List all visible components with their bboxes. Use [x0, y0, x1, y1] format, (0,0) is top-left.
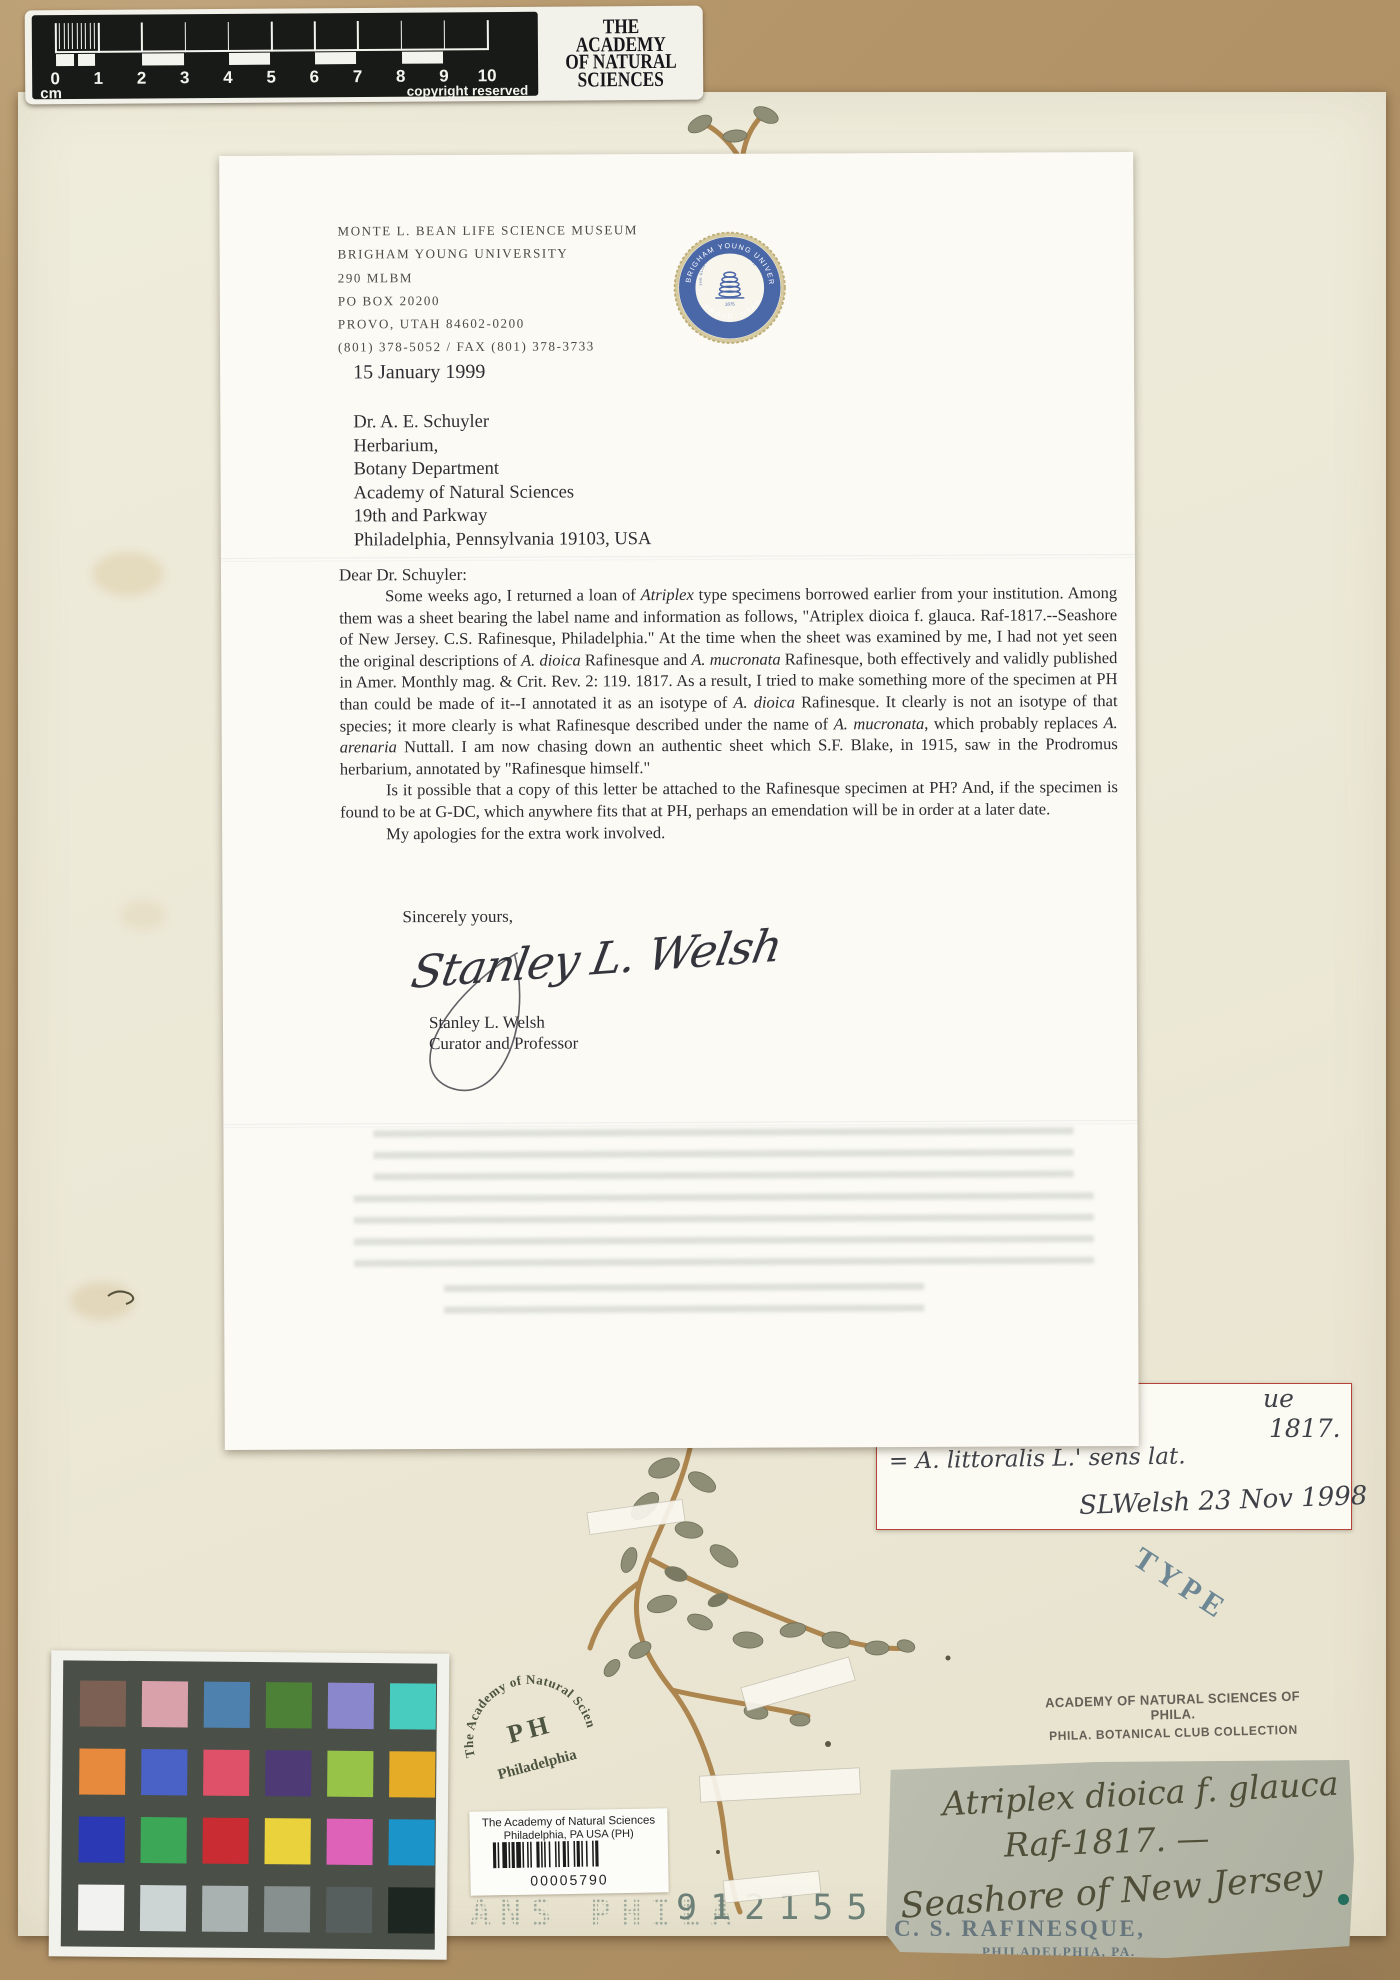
svg-text:The Academy of Natural Science: The Academy of Natural Sciences	[450, 1658, 599, 1766]
ruler-number: 10	[478, 66, 497, 86]
color-patch	[265, 1750, 311, 1796]
ruler-tick	[78, 54, 96, 66]
color-patch	[80, 1681, 126, 1727]
letter-date: 15 January 1999	[353, 361, 485, 385]
salutation: Dear Dr. Schuyler:	[339, 565, 467, 586]
color-patch	[78, 1885, 124, 1931]
ruler-tick	[315, 52, 356, 64]
ans-philadelphia-stamp: ACADEMY OF NATURAL SCIENCES OF PHILA. PH…	[1024, 1688, 1323, 1744]
recipient-line: Botany Department	[354, 457, 652, 482]
ruler-tick	[76, 23, 77, 49]
color-patch	[390, 1683, 436, 1729]
ruler-tick	[400, 21, 402, 51]
ruler-number: 7	[353, 67, 363, 87]
color-patch	[140, 1817, 186, 1863]
ruler-tick	[402, 51, 443, 63]
ink-bleed-through	[354, 1192, 1094, 1281]
ruler-number: 9	[439, 66, 449, 86]
ruler-tick	[357, 21, 359, 51]
ruler-tick	[63, 23, 64, 49]
ruler-tick	[85, 23, 86, 49]
color-patch	[264, 1818, 310, 1864]
body-paragraph: My apologies for the extra work involved…	[340, 820, 1118, 845]
color-patch	[388, 1819, 434, 1865]
ruler-tick	[229, 53, 270, 65]
accession-number: 912155	[676, 1888, 880, 1928]
body-paragraph: Is it possible that a copy of this lette…	[340, 776, 1118, 823]
color-patch	[140, 1885, 186, 1931]
herbarium-sheet-scan: cm copyright reserved 012345678910 THEAC…	[0, 0, 1400, 1980]
rafinesque-label: Atriplex dioica f. glauca Raf-1817. — Se…	[886, 1760, 1354, 1958]
ruler-number: 5	[266, 68, 276, 88]
ans-circular-stamp: The Academy of Natural Sciences P H Phil…	[450, 1658, 610, 1818]
color-patch	[79, 1749, 125, 1795]
letterhead-line: BRIGHAM YOUNG UNIVERSITY	[338, 241, 639, 266]
letterhead-line: PROVO, UTAH 84602-0200	[338, 311, 639, 336]
ink-bleed-through	[444, 1283, 924, 1321]
ruler-number: 2	[137, 69, 147, 89]
color-patch	[326, 1819, 372, 1865]
stain	[92, 552, 164, 596]
rafinesque-stamp-line: C. S. RAFINESQUE,	[894, 1916, 1145, 1942]
annotation-signature-date: SLWelsh 23 Nov 1998	[1079, 1481, 1368, 1521]
ruler-tick	[184, 22, 186, 52]
seal-year: 1875	[725, 302, 735, 307]
stain	[70, 1282, 134, 1320]
signer-name: Stanley L. Welsh	[429, 1013, 545, 1034]
letterhead: MONTE L. BEAN LIFE SCIENCE MUSEUMBRIGHAM…	[337, 218, 638, 359]
color-patch	[142, 1681, 188, 1727]
ruler-tick	[72, 23, 73, 49]
letter-body: Some weeks ago, I returned a loan of Atr…	[339, 582, 1118, 845]
color-patch	[327, 1751, 373, 1797]
color-patch	[204, 1682, 250, 1728]
barcode-label: The Academy of Natural Sciences Philadel…	[469, 1808, 668, 1895]
ruler-tick	[141, 23, 143, 53]
circular-stamp-center: P H	[504, 1710, 551, 1749]
academy-logo: THEACADEMYOF NATURALSCIENCES	[541, 10, 702, 97]
ruler-number: 6	[310, 67, 320, 87]
ruler-tick	[59, 23, 60, 49]
annotation-fragment: ue	[1263, 1384, 1294, 1413]
ruler-tick	[94, 23, 95, 49]
ruler-number: 4	[223, 68, 233, 88]
ruler-tick	[68, 23, 69, 49]
annotation-fragment: 1817.	[1269, 1414, 1341, 1443]
fold-crease	[221, 554, 1135, 562]
annotation-determination: = A. littoralis L.' sens lat.	[889, 1443, 1186, 1474]
byu-seal: BRIGHAM YOUNG UNIVERSITY PROVO, UTAH THE…	[672, 230, 789, 347]
recipient-address: Dr. A. E. SchuylerHerbarium,Botany Depar…	[353, 410, 651, 552]
recipient-line: Academy of Natural Sciences	[354, 481, 652, 506]
barcode-number: 00005790	[470, 1870, 668, 1889]
color-patch	[264, 1886, 310, 1932]
ink-dot	[1338, 1894, 1349, 1905]
academy-logo-line: SCIENCES	[578, 70, 664, 88]
color-patch	[328, 1683, 374, 1729]
ruler-tick	[444, 20, 446, 50]
ruler-tick	[228, 22, 230, 52]
color-patch	[78, 1817, 124, 1863]
ruler-copyright: copyright reserved	[407, 83, 529, 99]
ruler-number: 8	[396, 67, 406, 87]
ruler-tick	[81, 23, 82, 49]
letterhead-line: MONTE L. BEAN LIFE SCIENCE MUSEUM	[337, 218, 638, 243]
color-patch	[202, 1818, 248, 1864]
color-calibration-chart	[49, 1650, 450, 1959]
ruler-number: 0	[50, 69, 60, 89]
color-patch	[202, 1886, 248, 1932]
ruler-scale-bar: cm copyright reserved 012345678910	[32, 12, 539, 100]
stamp-line: ACADEMY OF NATURAL SCIENCES OF PHILA.	[1024, 1688, 1322, 1726]
color-patch	[326, 1887, 372, 1933]
letter: MONTE L. BEAN LIFE SCIENCE MUSEUMBRIGHAM…	[219, 152, 1139, 1450]
color-patch	[203, 1750, 249, 1796]
recipient-line: Philadelphia, Pennsylvania 19103, USA	[354, 528, 652, 553]
ruler-tick	[98, 23, 100, 53]
ruler-tick	[56, 54, 74, 66]
ruler-tick	[142, 53, 183, 65]
closing: Sincerely yours,	[402, 907, 513, 927]
ruler-tick	[89, 23, 90, 49]
color-patch	[388, 1887, 434, 1933]
ruler-tick	[271, 22, 273, 52]
label-author-line: Raf-1817. —	[1003, 1818, 1210, 1864]
barcode	[489, 1840, 649, 1869]
signer-title: Curator and Professor	[429, 1033, 578, 1054]
stain	[120, 900, 166, 930]
body-paragraph: Some weeks ago, I returned a loan of Atr…	[339, 582, 1118, 780]
signature-script: Stanley L. Welsh	[407, 919, 785, 999]
letterhead-line: PO BOX 20200	[338, 288, 639, 313]
ruler-number: 1	[94, 69, 104, 89]
ruler-number: 3	[180, 68, 190, 88]
ruler-tick	[55, 23, 57, 53]
color-patch	[141, 1749, 187, 1795]
ruler-tick	[487, 20, 489, 50]
scale-ruler: cm copyright reserved 012345678910 THEAC…	[25, 6, 704, 105]
color-chart-grid	[61, 1660, 437, 1949]
letterhead-line: 290 MLBM	[338, 265, 639, 290]
color-patch	[266, 1682, 312, 1728]
recipient-line: 19th and Parkway	[354, 504, 652, 529]
circular-stamp-bottom: Philadelphia	[496, 1747, 579, 1784]
circular-stamp-ring-text: The Academy of Natural Sciences	[450, 1658, 599, 1766]
recipient-line: Dr. A. E. Schuyler	[353, 410, 651, 435]
ruler-tick	[314, 21, 316, 51]
ink-bleed-through	[373, 1127, 1073, 1190]
label-species-line: Atriplex dioica f. glauca	[941, 1764, 1339, 1824]
letterhead-line: (801) 378-5052 / FAX (801) 378-3733	[338, 335, 639, 360]
color-patch	[389, 1751, 435, 1797]
recipient-line: Herbarium,	[353, 434, 651, 459]
